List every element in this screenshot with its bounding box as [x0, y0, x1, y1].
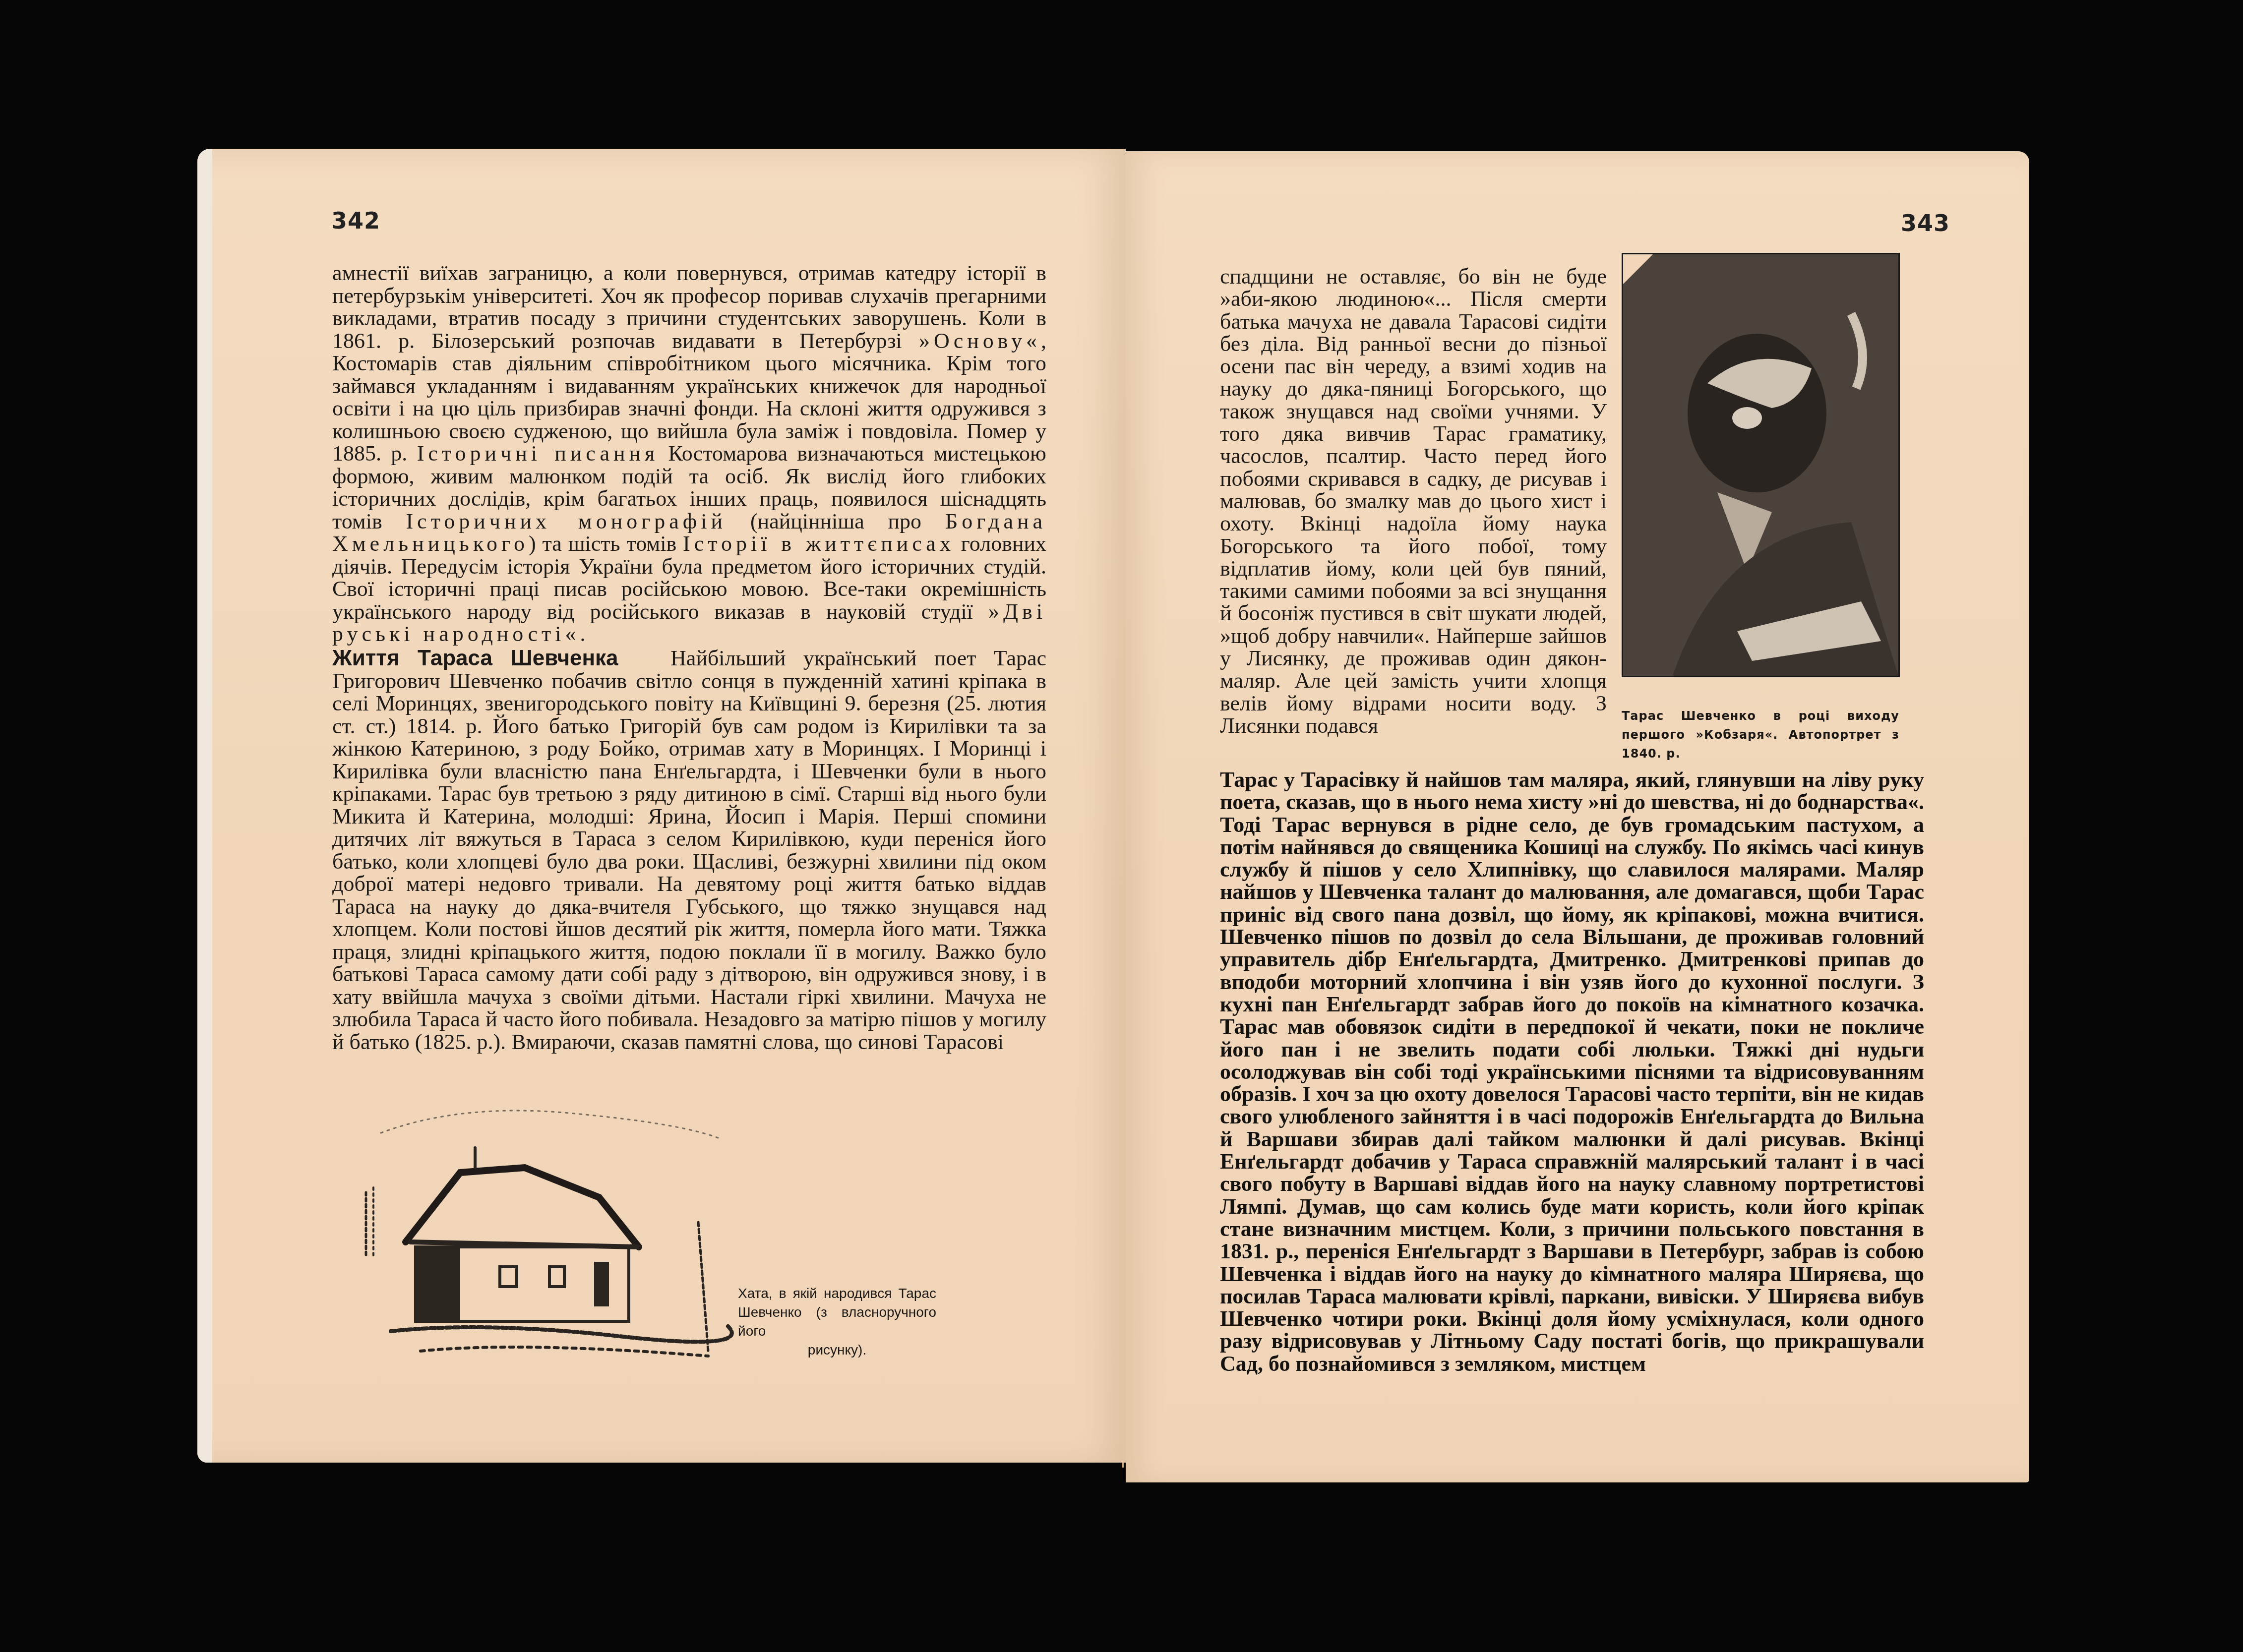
portrait-self-portrait-icon: [1623, 254, 1898, 676]
wide-column-text: Тарас у Тарасівку й найшов там маляра, я…: [1220, 768, 1924, 1375]
right-page: 343 спадщини не оставляє, бо він не буде…: [1126, 151, 2029, 1482]
left-page: 342 амнестії виїхав заграницю, а коли по…: [197, 149, 1126, 1463]
caption-text-end: рисунку).: [738, 1341, 936, 1359]
text-run: .: [580, 622, 585, 646]
shevchenko-bio-paragraph: Життя Тараса Шевченка Найбільший українс…: [332, 647, 1046, 1053]
journal-title-osnova: »Основу«: [919, 329, 1041, 353]
caption-text: Хата, в якій народився Тарас Шевченко (з…: [738, 1286, 936, 1339]
narrow-column-text: спадщини не оставляє, бо він не буде »аб…: [1220, 265, 1607, 737]
house-illustration: [361, 1093, 738, 1371]
emphasis-text: Історичні писання: [417, 441, 659, 466]
section-heading: Життя Тараса Шевченка: [332, 646, 618, 670]
page-number-right: 343: [1901, 210, 1950, 236]
house-sketch-icon: [361, 1093, 738, 1371]
page-number-left: 342: [331, 207, 380, 234]
portrait-image: [1622, 253, 1900, 677]
text-run: ) та шість томів: [529, 531, 683, 556]
work-title: Історії в життєписах: [683, 531, 955, 556]
narrow-paragraph: спадщини не оставляє, бо він не буде »аб…: [1220, 265, 1607, 737]
work-title: Історичних монографій: [406, 509, 727, 533]
house-caption: Хата, в якій народився Тарас Шевченко (з…: [738, 1284, 936, 1359]
wide-paragraph: Тарас у Тарасівку й найшов там маляра, я…: [1220, 768, 1924, 1375]
bio-text: Найбільший український поет Тарас Григор…: [332, 646, 1046, 1054]
text-run: (найцінніша про: [727, 509, 945, 533]
portrait-caption: Тарас Шевченко в році виходу першого »Ко…: [1622, 707, 1899, 763]
kostomarov-paragraph: амнестії виїхав заграницю, а коли поверн…: [332, 262, 1046, 646]
